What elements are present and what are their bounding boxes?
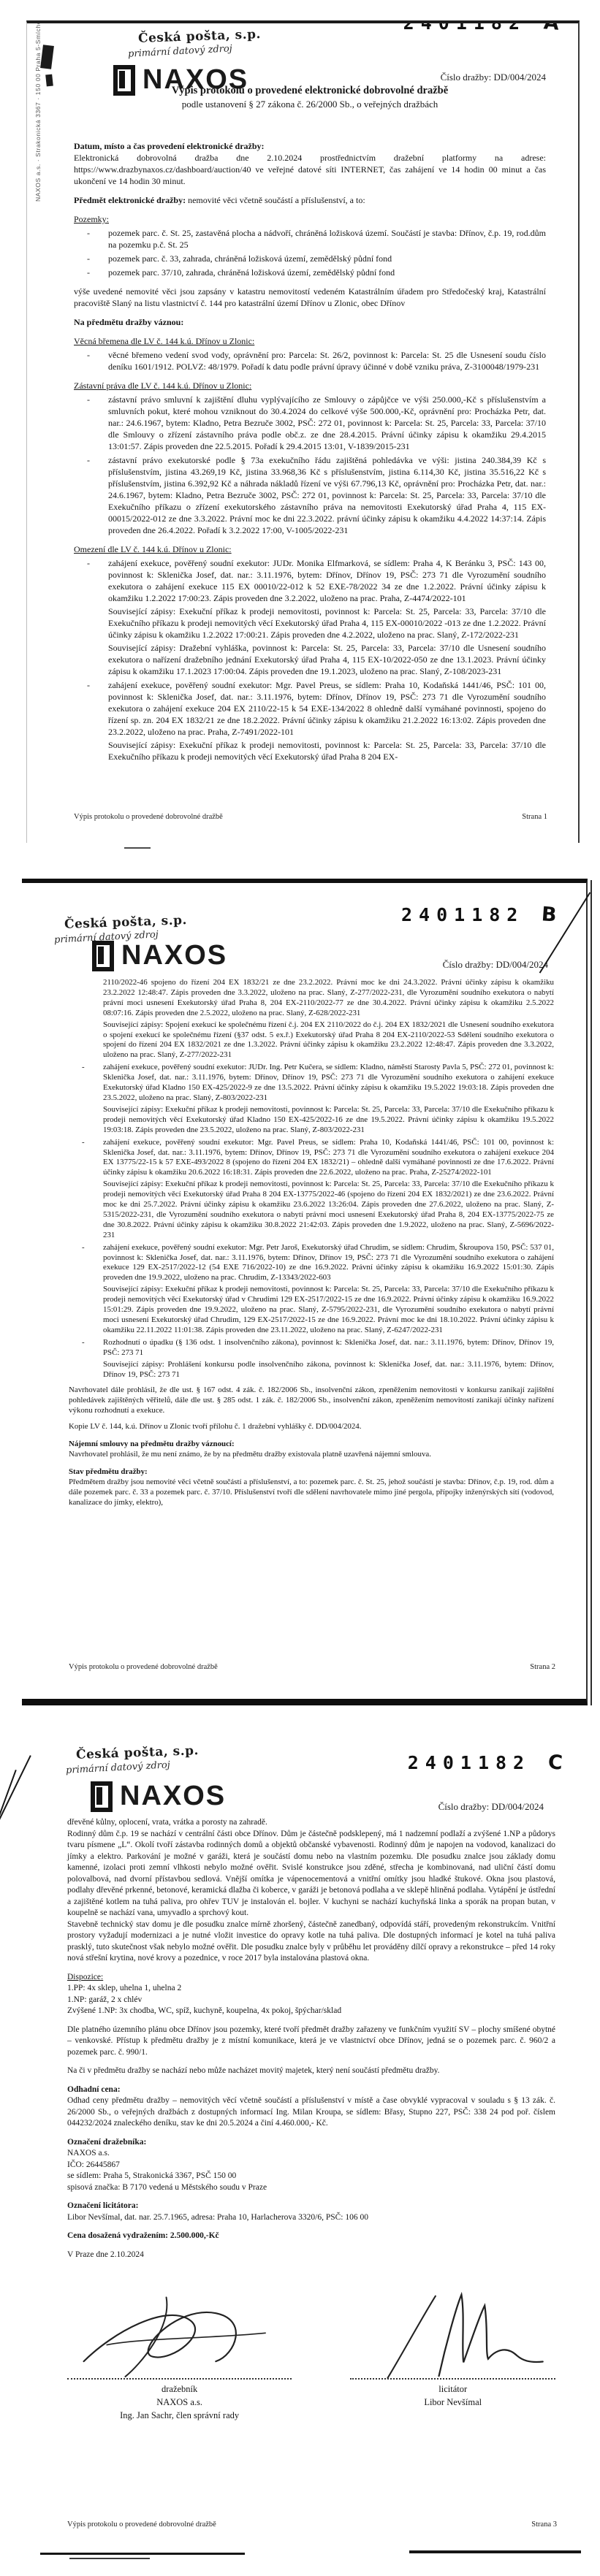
text: Dispozice: <box>67 1973 103 1981</box>
text: Související zápisy: Exekuční příkaz k pr… <box>108 606 546 640</box>
text: Související zápisy: Dražební vyhláška, p… <box>108 643 546 676</box>
page-number: Strana 1 <box>522 813 547 821</box>
paragraph: výše uvedené nemovité věci jsou zapsány … <box>74 286 546 309</box>
list-item: -pozemek parc. 37/10, zahrada, chráněná … <box>74 267 546 278</box>
naxos-logo: NAXOS <box>91 1781 226 1812</box>
page-3-body: dřevěné kůlny, oplocení, vrata, vrátka a… <box>20 1817 588 2260</box>
auction-number-label: Číslo dražby: DD/004/2024 <box>443 959 548 971</box>
related-entry-paragraph: Související zápisy: Exekuční příkaz k pr… <box>69 1285 554 1336</box>
text: zahájení exekuce, pověřený soudní exekut… <box>103 1243 554 1283</box>
text-line: 1.PP: 4x sklep, uhelna 1, uhelna 2 <box>67 1983 555 1995</box>
page-2-body: 2110/2022-46 spojeno do řízení 204 EX 18… <box>22 978 586 1508</box>
section-subheading: Pozemky: <box>74 213 546 225</box>
page-1-footer: Výpis protokolu o provedené dobrovolné d… <box>74 813 547 821</box>
text-line: NAXOS a.s. <box>67 2148 555 2160</box>
bullet-dash: - <box>87 267 90 278</box>
text-line: spisová značka: B 7170 vedená u Městskéh… <box>67 2182 555 2194</box>
text: Libor Nevšímal, dat. nar. 25.7.1965, adr… <box>67 2213 368 2222</box>
text-line: dřevěné kůlny, oplocení, vrata, vrátka a… <box>67 1817 555 1829</box>
text: 1.NP: garáž, 2 x chlév <box>67 1995 142 2004</box>
text: Související zápisy: Spojení exekucí ke s… <box>103 1020 554 1060</box>
text: Pozemky: <box>74 214 109 224</box>
section-heading: Datum, místo a čas provedení elektronick… <box>74 140 546 152</box>
text: dřevěné kůlny, oplocení, vrata, vrátka a… <box>67 1818 267 1827</box>
text: Elektronická dobrovolná dražba dne 2.10.… <box>74 153 546 186</box>
text: 1.PP: 4x sklep, uhelna 1, uhelna 2 <box>67 1984 181 1992</box>
signature-dotted-line <box>350 2378 555 2380</box>
scan-artifact <box>45 74 53 87</box>
text: Stav předmětu dražby: <box>69 1467 148 1476</box>
text: Označení dražebníka: <box>67 2138 146 2147</box>
text-line: 1.NP: garáž, 2 x chlév <box>67 1995 555 2006</box>
naxos-logo-icon <box>91 1781 113 1812</box>
licitator-signature-stroke <box>350 2288 555 2382</box>
text: nemovité věci včetně součástí a přísluše… <box>186 195 365 205</box>
section-heading: Odhadní cena: <box>67 2084 555 2096</box>
document-title-line1: Výpis protokolu o provedené elektronické… <box>74 85 546 97</box>
text-line: Libor Nevšímal, dat. nar. 25.7.1965, adr… <box>67 2212 555 2224</box>
scan-artifact <box>0 1770 17 1846</box>
text: Na předmětu dražby váznou: <box>74 317 183 327</box>
text: pozemek parc. č. St. 25, zastavěná ploch… <box>108 228 546 250</box>
bullet-dash: - <box>87 557 90 569</box>
auctioneer-role-label: dražebník <box>120 2382 239 2396</box>
licitator-name: Libor Nevšímal <box>424 2396 482 2409</box>
licitator-signature: licitátor Libor Nevšímal <box>350 2288 555 2477</box>
paragraph: V Praze dne 2.10.2024 <box>67 2250 555 2261</box>
auctioneer-company: NAXOS a.s. <box>120 2396 239 2409</box>
scan-artifact <box>40 45 54 69</box>
naxos-logo-text: NAXOS <box>120 1781 226 1812</box>
text: Na či v předmětu dražby se nachází nebo … <box>67 2066 440 2075</box>
bullet-dash: - <box>82 1338 85 1348</box>
text: zahájení exekuce, pověřený soudní exekut… <box>103 1138 554 1177</box>
stamp-digits: 2401182 <box>408 1752 531 1773</box>
paragraph: Na či v předmětu dražby se nachází nebo … <box>67 2065 555 2077</box>
text: Omezení dle LV č. 144 k.ú. Dřínov u Zlon… <box>74 544 232 554</box>
section-heading: Nájemní smlouvy na předmětu dražby vázno… <box>69 1440 554 1450</box>
text-line: Odhad ceny předmětu dražby – nemovitých … <box>67 2095 555 2130</box>
text: Odhad ceny předmětu dražby – nemovitých … <box>67 2096 555 2128</box>
signature-dotted-line <box>67 2378 292 2380</box>
ceska-posta-stamp: Česká pošta, s.p. primární datový zdroj <box>138 29 261 56</box>
text: Odhadní cena: <box>67 2085 121 2094</box>
text: zahájení exekuce, pověřený soudní exekut… <box>108 558 546 603</box>
document-stamp-number: 2401182 B <box>401 903 557 926</box>
list-item: -zahájení exekuce, pověřený soudní exeku… <box>74 679 546 738</box>
page-1-scan: Česká pošta, s.p. primární datový zdroj … <box>26 20 580 843</box>
paragraph: Dle platného územního plánu obce Dřínov … <box>67 2025 555 2059</box>
text: IČO: 26445867 <box>67 2160 120 2169</box>
scan-edge-line <box>590 880 592 1705</box>
text: zahájení exekuce, pověřený soudní exekut… <box>108 680 546 737</box>
section-heading: Cena dosažená vydražením: 2.500.000,-Kč <box>67 2231 555 2242</box>
text: pozemek parc. 37/10, zahrada, chráněná l… <box>108 267 395 278</box>
page-1-header: Česká pošta, s.p. primární datový zdroj … <box>27 23 578 133</box>
naxos-logo: NAXOS <box>92 940 227 971</box>
text-line: Rodinný dům č.p. 19 se nachází v centrál… <box>67 1829 555 1919</box>
paragraph: Navrhovatel dále prohlásil, že dle ust. … <box>69 1386 554 1416</box>
text: Zvýšené 1.NP: 3x chodba, WC, spíž, kuchy… <box>67 2006 341 2015</box>
list-item: -zahájení exekuce, pověřený soudní exeku… <box>69 1063 554 1104</box>
naxos-logo-text: NAXOS <box>121 940 227 971</box>
text: 2110/2022-46 spojeno do řízení 204 EX 18… <box>103 978 554 1017</box>
text: výše uvedené nemovité věci jsou zapsány … <box>74 286 546 308</box>
page-3-footer: Výpis protokolu o provedené dobrovolné d… <box>67 2520 557 2529</box>
auction-number-label: Číslo dražby: DD/004/2024 <box>441 72 546 83</box>
text-line: Zvýšené 1.NP: 3x chodba, WC, spíž, kuchy… <box>67 2006 555 2017</box>
list-item: -pozemek parc. č. 33, zahrada, chráněná … <box>74 253 546 264</box>
list-item: -pozemek parc. č. St. 25, zastavěná ploc… <box>74 227 546 251</box>
stamp-letter: B <box>541 903 558 926</box>
related-entry-paragraph: Související zápisy: Exekuční příkaz k pr… <box>69 1180 554 1240</box>
text: Rodinný dům č.p. 19 se nachází v centrál… <box>67 1830 555 1918</box>
page-2-footer: Výpis protokolu o provedené dobrovolné d… <box>69 1663 555 1671</box>
related-entry-paragraph: Související zápisy: Exekuční příkaz k pr… <box>74 739 546 763</box>
auctioneer-signature: dražebník NAXOS a.s. Ing. Jan Sachr, čle… <box>67 2288 292 2477</box>
section-heading: Označení dražebníka: <box>67 2137 555 2149</box>
stamp-digits: 2401182 <box>401 904 524 925</box>
scan-bottom-line <box>69 2558 150 2559</box>
scan-bottom-line <box>40 2553 245 2555</box>
bullet-dash: - <box>87 253 90 264</box>
stamp-letter: C <box>547 1751 563 1774</box>
auctioneer-signature-stroke <box>67 2288 292 2382</box>
naxos-logo-icon <box>92 941 114 971</box>
bullet-dash: - <box>82 1243 85 1253</box>
text-line: Elektronická dobrovolná dražba dne 2.10.… <box>74 152 546 187</box>
bullet-dash: - <box>87 679 90 691</box>
stamp-letter: A <box>543 20 560 35</box>
text: V Praze dne 2.10.2024 <box>67 2250 144 2259</box>
list-item: -věcné břemeno vedení svod vody, oprávně… <box>74 349 546 372</box>
bullet-dash: - <box>87 454 90 466</box>
sender-address-vertical-text: NAXOS a.s. · Strakonická 3367 · 150 00 P… <box>34 20 42 202</box>
ceska-posta-stamp: Česká pošta, s.p. primární datový zdroj <box>76 1746 199 1773</box>
footer-document-name: Výpis protokolu o provedené dobrovolné d… <box>67 2520 216 2529</box>
bullet-dash: - <box>87 227 90 239</box>
text: zástavní právo smluvní k zajištění dluhu… <box>108 394 546 451</box>
text: Označení licitátora: <box>67 2201 138 2210</box>
scan-artifact <box>124 847 151 849</box>
text: Předmětem dražby jsou nemovité věci včet… <box>69 1478 554 1507</box>
text: Zástavní práva dle LV č. 144 k.ú. Dřínov… <box>74 381 251 391</box>
stamp-digits: 2401182 <box>403 20 526 34</box>
footer-document-name: Výpis protokolu o provedené dobrovolné d… <box>74 813 223 821</box>
page-3-header: Česká pošta, s.p. primární datový zdroj … <box>20 1746 588 1817</box>
text: Související zápisy: Prohlášení konkursu … <box>103 1360 554 1379</box>
paragraph: Předmět elektronické dražby: nemovité vě… <box>74 194 546 206</box>
section-subheading: Omezení dle LV č. 144 k.ú. Dřínov u Zlon… <box>74 543 546 555</box>
list-item: -zahájení exekuce, pověřený soudní exeku… <box>69 1243 554 1284</box>
text: Cena dosažená vydražením: 2.500.000,-Kč <box>67 2231 219 2240</box>
text: Rozhodnutí o úpadku (§ 136 odst. 1 insol… <box>103 1338 554 1357</box>
text: NAXOS a.s. <box>67 2149 110 2158</box>
text: Dle platného územního plánu obce Dřínov … <box>67 2025 555 2057</box>
document-title: Výpis protokolu o provedené elektronické… <box>74 85 546 110</box>
bullet-dash: - <box>82 1063 85 1073</box>
related-entry-paragraph: Související zápisy: Exekuční příkaz k pr… <box>74 605 546 641</box>
page-1-body: Datum, místo a čas provedení elektronick… <box>27 140 578 763</box>
text: Datum, místo a čas provedení elektronick… <box>74 141 265 151</box>
page-2-header: Česká pošta, s.p. primární datový zdroj … <box>22 883 586 978</box>
text: Věcná břemena dle LV č. 144 k.ú. Dřínov … <box>74 336 254 346</box>
page-2-scan: Česká pošta, s.p. primární datový zdroj … <box>22 879 588 1705</box>
page-number: Strana 3 <box>531 2520 557 2529</box>
bullet-dash: - <box>82 1138 85 1148</box>
document-title-line2: podle ustanovení § 27 zákona č. 26/2000 … <box>74 99 546 110</box>
section-subheading: Dispozice: <box>67 1972 555 1984</box>
bullet-dash: - <box>87 394 90 405</box>
section-heading: Označení licitátora: <box>67 2201 555 2212</box>
text: Stavebně technický stav domu je dle posu… <box>67 1920 555 1963</box>
list-item: -zahájení exekuce, pověřený soudní exeku… <box>74 557 546 604</box>
text-line: Navrhovatel prohlásil, že mu není známo,… <box>69 1450 554 1460</box>
text: pozemek parc. č. 33, zahrada, chráněná l… <box>108 253 392 264</box>
text-line: Stavebně technický stav domu je dle posu… <box>67 1919 555 1965</box>
text: Související zápisy: Exekuční příkaz k pr… <box>103 1105 554 1134</box>
text: Související zápisy: Exekuční příkaz k pr… <box>103 1285 554 1334</box>
related-entry-paragraph: Související zápisy: Spojení exekucí ke s… <box>69 1020 554 1061</box>
page-number: Strana 2 <box>530 1663 555 1671</box>
bullet-dash: - <box>87 349 90 361</box>
bold-lead: Předmět elektronické dražby: <box>74 195 186 205</box>
section-subheading: Věcná břemena dle LV č. 144 k.ú. Dřínov … <box>74 335 546 347</box>
ceska-posta-stamp: Česká pošta, s.p. primární datový zdroj <box>64 915 187 942</box>
text: spisová značka: B 7170 vedená u Městskéh… <box>67 2183 267 2192</box>
text: se sídlem: Praha 5, Strakonická 3367, PS… <box>67 2171 236 2180</box>
related-entry-paragraph: Související zápisy: Prohlášení konkursu … <box>69 1360 554 1380</box>
text: věcné břemeno vedení svod vody, oprávněn… <box>108 350 546 372</box>
text-line: IČO: 26445867 <box>67 2160 555 2171</box>
auction-number-label: Číslo dražby: DD/004/2024 <box>438 1801 544 1813</box>
section-heading: Na předmětu dražby váznou: <box>74 316 546 328</box>
continuation-paragraph: 2110/2022-46 spojeno do řízení 204 EX 18… <box>69 978 554 1019</box>
licitator-role-label: licitátor <box>424 2382 482 2396</box>
section-subheading: Zástavní práva dle LV č. 144 k.ú. Dřínov… <box>74 380 546 391</box>
text: Kopie LV č. 144, k.ú. Dřínov u Zlonic tv… <box>69 1422 361 1431</box>
list-item: -zástavní právo exekutorské podle § 73a … <box>74 454 546 536</box>
text: zahájení exekuce, pověřený soudní exekut… <box>103 1063 554 1102</box>
text-line: se sídlem: Praha 5, Strakonická 3367, PS… <box>67 2171 555 2182</box>
text: Navrhovatel dále prohlásil, že dle ust. … <box>69 1386 554 1415</box>
list-item: -Rozhodnutí o úpadku (§ 136 odst. 1 inso… <box>69 1338 554 1358</box>
text: Související zápisy: Exekuční příkaz k pr… <box>108 740 546 762</box>
section-heading: Stav předmětu dražby: <box>69 1467 554 1478</box>
text: zástavní právo exekutorské podle § 73a e… <box>108 455 546 535</box>
scan-bottom-line <box>409 2550 581 2553</box>
text: Související zápisy: Exekuční příkaz k pr… <box>103 1180 554 1239</box>
text: Navrhovatel prohlásil, že mu není známo,… <box>69 1450 431 1459</box>
list-item: -zástavní právo smluvní k zajištění dluh… <box>74 394 546 452</box>
document-stamp-number: 2401182 A <box>403 20 559 34</box>
auctioneer-representative: Ing. Jan Sachr, člen správní rady <box>120 2409 239 2422</box>
scanned-auction-protocol-document: { "document": { "postal_stamp_line1": "Č… <box>0 0 600 2576</box>
text-line: Předmětem dražby jsou nemovité věci včet… <box>69 1478 554 1508</box>
related-entry-paragraph: Související zápisy: Exekuční příkaz k pr… <box>69 1105 554 1136</box>
paragraph: Kopie LV č. 144, k.ú. Dřínov u Zlonic tv… <box>69 1422 554 1432</box>
text: Nájemní smlouvy na předmětu dražby vázno… <box>69 1440 235 1448</box>
document-stamp-number: 2401182 C <box>408 1751 563 1774</box>
related-entry-paragraph: Související zápisy: Dražební vyhláška, p… <box>74 642 546 677</box>
footer-document-name: Výpis protokolu o provedené dobrovolné d… <box>69 1663 218 1671</box>
list-item: -zahájení exekuce, pověřený soudní exeku… <box>69 1138 554 1179</box>
signature-block: dražebník NAXOS a.s. Ing. Jan Sachr, čle… <box>67 2288 555 2477</box>
page-3-scan: Česká pošta, s.p. primární datový zdroj … <box>20 1746 588 2565</box>
